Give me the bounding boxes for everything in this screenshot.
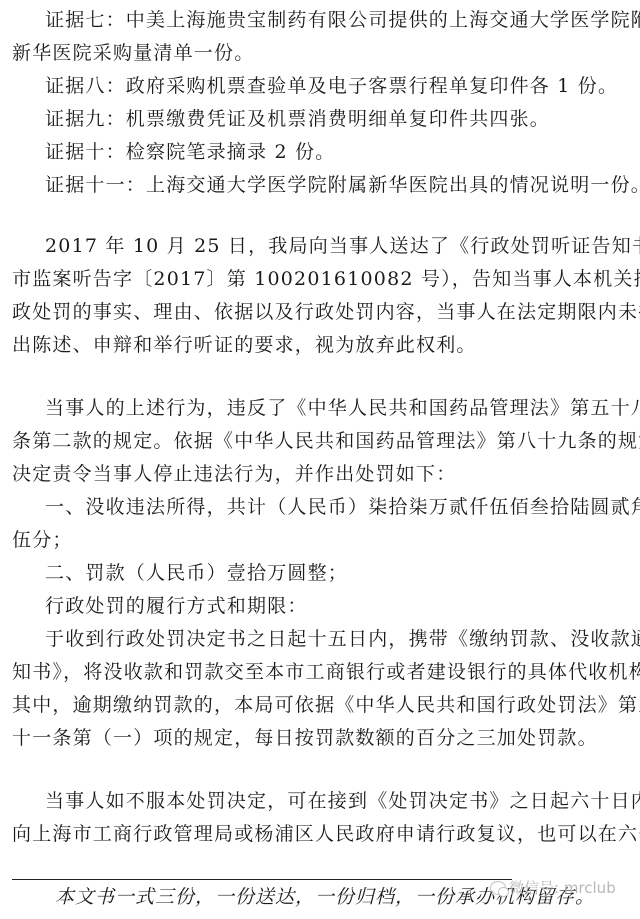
appeal-line-1: 当事人如不服本处罚决定，可在接到《处罚决定书》之日起六十日内，	[45, 789, 630, 813]
hearing-notice-line-2: 市监案听告字〔2017〕第 100201610082 号），告知当事人本机关拟作…	[12, 267, 630, 291]
evidence-10: 证据十：检察院笔录摘录 2 份。	[45, 140, 630, 164]
execution-line-1: 于收到行政处罚决定书之日起十五日内，携带《缴纳罚款、没收款通	[45, 627, 630, 651]
evidence-8: 证据八：政府采购机票查验单及电子客票行程单复印件各 1 份。	[45, 74, 630, 98]
penalty-item-1-line-2: 伍分；	[12, 528, 630, 552]
execution-line-2: 知书》，将没收款和罚款交至本市工商银行或者建设银行的具体代收机构。	[12, 660, 630, 684]
document-page: 证据七：中美上海施贵宝制药有限公司提供的上海交通大学医学院附属 新华医院采购量清…	[0, 0, 640, 919]
decision-line-1: 当事人的上述行为，违反了《中华人民共和国药品管理法》第五十八	[45, 396, 630, 420]
appeal-line-2: 向上海市工商行政管理局或杨浦区人民政府申请行政复议，也可以在六个	[12, 822, 630, 846]
penalty-item-1-line-1: 一、没收违法所得，共计（人民币）柒拾柒万贰仟伍佰叁拾陆圆贰角	[45, 495, 630, 519]
penalty-item-2: 二、罚款（人民币）壹拾万圆整；	[45, 561, 630, 585]
evidence-11: 证据十一：上海交通大学医学院附属新华医院出具的情况说明一份。	[45, 173, 630, 197]
execution-heading: 行政处罚的履行方式和期限：	[45, 594, 630, 618]
wechat-icon	[490, 881, 506, 895]
hearing-notice-line-1: 2017 年 10 月 25 日，我局向当事人送达了《行政处罚听证告知书》（杨	[45, 234, 630, 258]
watermark-text: 微信号: mrclub	[509, 877, 616, 898]
evidence-7-line-2: 新华医院采购量清单一份。	[12, 41, 630, 65]
evidence-9: 证据九：机票缴费凭证及机票消费明细单复印件共四张。	[45, 107, 630, 131]
hearing-notice-line-3: 政处罚的事实、理由、依据以及行政处罚内容，当事人在法定期限内未提	[12, 300, 630, 324]
execution-line-3: 其中，逾期缴纳罚款的，本局可依据《中华人民共和国行政处罚法》第五	[12, 693, 630, 717]
execution-line-4: 十一条第（一）项的规定，每日按罚款数额的百分之三加处罚款。	[12, 726, 630, 750]
decision-line-3: 决定责令当事人停止违法行为，并作出处罚如下：	[12, 462, 630, 486]
footer-divider	[12, 879, 512, 880]
hearing-notice-line-4: 出陈述、申辩和举行听证的要求，视为放弃此权利。	[12, 333, 630, 357]
evidence-7-line-1: 证据七：中美上海施贵宝制药有限公司提供的上海交通大学医学院附属	[45, 8, 630, 32]
watermark: 微信号: mrclub	[490, 877, 616, 898]
decision-line-2: 条第二款的规定。依据《中华人民共和国药品管理法》第八十九条的规定，	[12, 429, 630, 453]
